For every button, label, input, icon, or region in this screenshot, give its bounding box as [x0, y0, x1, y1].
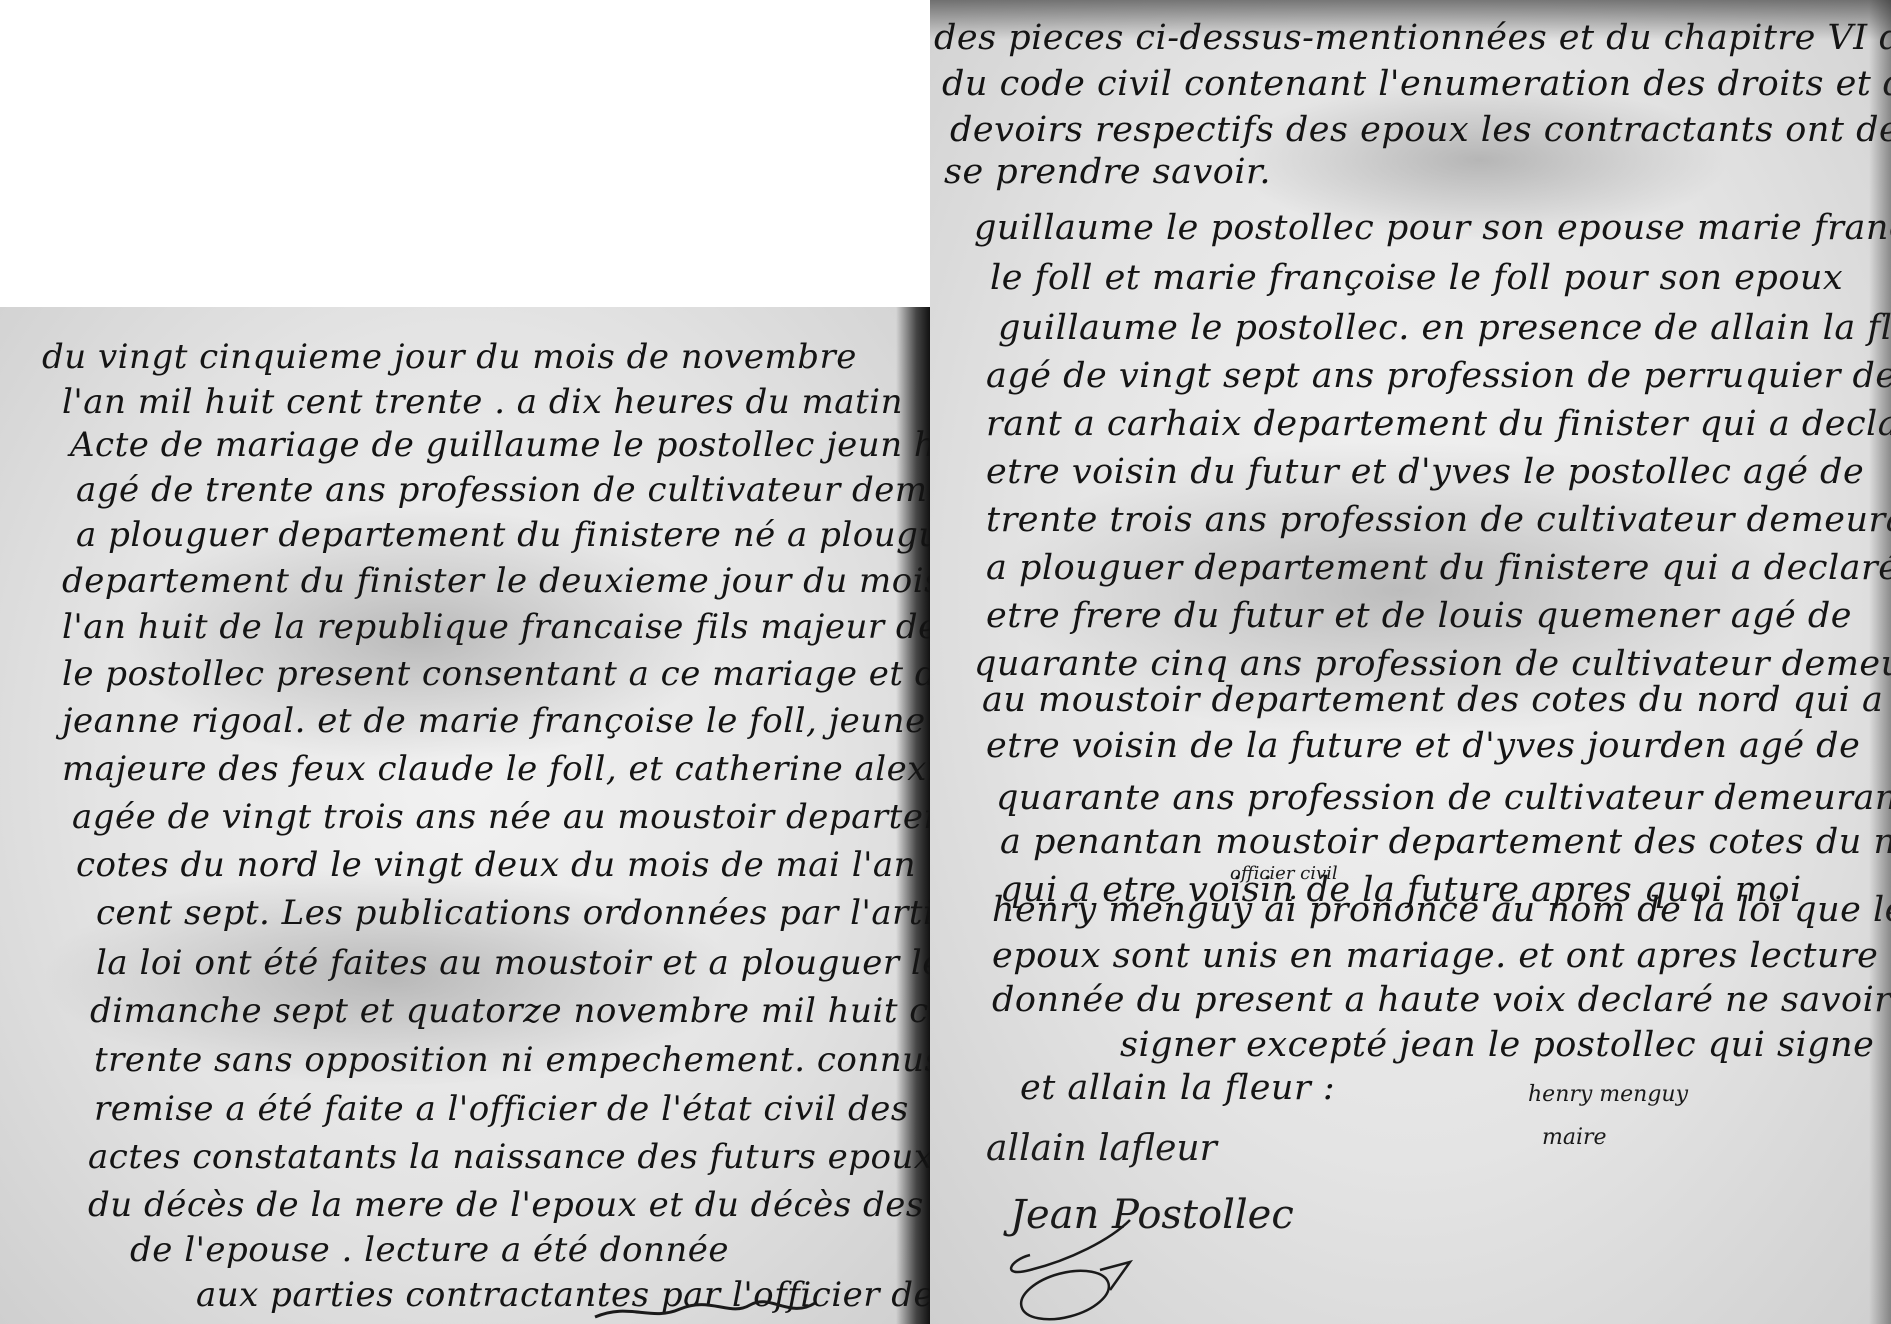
text-line: quarante ans profession de cultivateur d… [996, 778, 1891, 818]
text-line: du décès de la mere de l'epoux et du déc… [88, 1185, 930, 1225]
text-line: guillaume le postollec pour son epouse m… [974, 208, 1891, 248]
paraph-flourish-icon [590, 1297, 820, 1324]
signature-henry-menguy: henry menguy [1528, 1082, 1688, 1107]
text-line: guillaume le postollec. en presence de a… [998, 308, 1891, 348]
text-line: agée de vingt trois ans née au moustoir … [72, 797, 930, 837]
text-line: agé de vingt sept ans profession de perr… [986, 356, 1891, 396]
text-line: l'an huit de la republique francaise fil… [62, 607, 930, 647]
text-line: des pieces ci-dessus-mentionnées et du c… [934, 18, 1891, 58]
text-line: signer excepté jean le postollec qui sig… [1120, 1025, 1874, 1065]
text-line: etre frere du futur et de louis quemener… [986, 596, 1852, 636]
text-line: agé de trente ans profession de cultivat… [76, 470, 930, 510]
text-line: trente sans opposition ni empechement. c… [94, 1040, 930, 1080]
text-line: majeure des feux claude le foll, et cath… [62, 749, 930, 789]
text-line: le foll et marie françoise le foll pour … [990, 258, 1843, 298]
left-page: du vingt cinquieme jour du mois de novem… [0, 307, 930, 1324]
text-line: la loi ont été faites au moustoir et a p… [96, 943, 930, 983]
text-line: donnée du present a haute voix declaré n… [992, 980, 1891, 1020]
text-line: a plouguer departement du finistere né a… [76, 515, 930, 555]
text-line: henry menguy ai prononcé au nom de la lo… [992, 890, 1891, 930]
text-line: de l'epouse . lecture a été donnée [130, 1230, 729, 1270]
text-line: devoirs respectifs des epoux les contrac… [950, 110, 1891, 150]
text-line: le postollec present consentant a ce mar… [62, 654, 930, 694]
text-line: etre voisin du futur et d'yves le postol… [986, 452, 1864, 492]
interlinear-note: officier civil [1230, 863, 1338, 884]
signature-flourish-icon [990, 1200, 1170, 1324]
text-line: au moustoir departement des cotes du nor… [982, 680, 1891, 720]
text-line: cotes du nord le vingt deux du mois de m… [76, 845, 930, 885]
text-line: Acte de mariage de guillaume le postolle… [70, 425, 930, 465]
text-line: a penantan moustoir departement des cote… [1000, 822, 1891, 862]
text-line: quarante cinq ans profession de cultivat… [974, 644, 1891, 684]
text-line: rant a carhaix departement du finister q… [986, 404, 1891, 444]
text-line: du vingt cinquieme jour du mois de novem… [42, 337, 857, 377]
text-line: remise a été faite a l'officier de l'éta… [94, 1089, 909, 1129]
text-line: dimanche sept et quatorze novembre mil h… [90, 991, 930, 1031]
signature-maire: maire [1542, 1125, 1607, 1150]
signature-allain-lafleur: allain lafleur [986, 1128, 1217, 1169]
text-line: l'an mil huit cent trente . a dix heures… [62, 382, 903, 422]
text-line: jeanne rigoal. et de marie françoise le … [62, 701, 930, 741]
text-line: departement du finister le deuxieme jour… [62, 561, 930, 601]
text-line: trente trois ans profession de cultivate… [986, 500, 1891, 540]
text-line: se prendre savoir. [944, 152, 1271, 192]
text-line: epoux sont unis en mariage. et ont apres… [992, 936, 1878, 976]
text-line: a plouguer departement du finistere qui … [986, 548, 1891, 588]
text-line: cent sept. Les publications ordonnées pa… [96, 893, 930, 933]
text-line: actes constatants la naissance des futur… [88, 1137, 930, 1177]
text-line: etre voisin de la future et d'yves jourd… [986, 726, 1860, 766]
text-line: et allain la fleur : [1020, 1068, 1335, 1108]
right-page: des pieces ci-dessus-mentionnées et du c… [930, 0, 1891, 1324]
text-line: du code civil contenant l'enumeration de… [942, 64, 1891, 104]
